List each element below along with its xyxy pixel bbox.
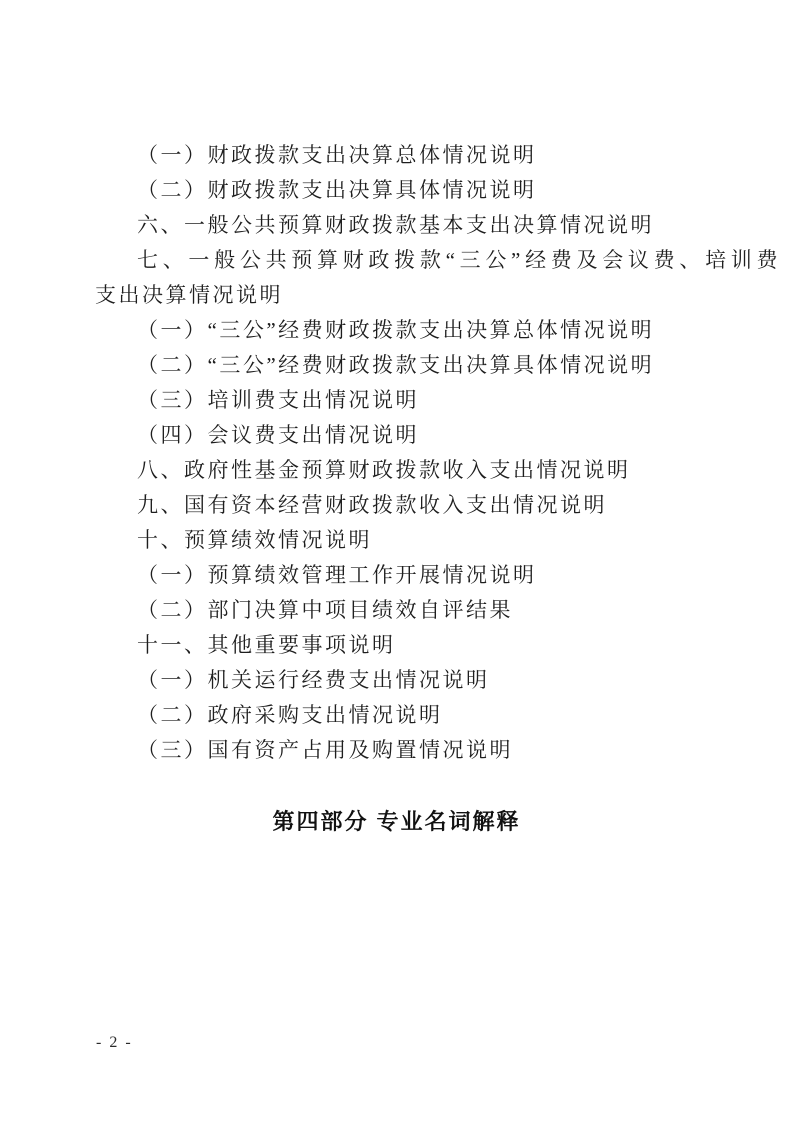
toc-entry: （一）机关运行经费支出情况说明: [95, 663, 780, 698]
toc-entry: （四）会议费支出情况说明: [95, 418, 780, 453]
toc-entry-continuation: 支出决算情况说明: [95, 278, 780, 313]
toc-entry: （三）国有资产占用及购置情况说明: [95, 733, 780, 768]
toc-entry: 十一、其他重要事项说明: [95, 628, 780, 663]
toc-entry: （三）培训费支出情况说明: [95, 383, 780, 418]
toc-entry: 九、国有资本经营财政拨款收入支出情况说明: [95, 488, 780, 523]
toc-entry: 八、政府性基金预算财政拨款收入支出情况说明: [95, 453, 780, 488]
page-number: - 2 -: [96, 1032, 133, 1054]
toc-entry: （二）“三公”经费财政拨款支出决算具体情况说明: [95, 348, 780, 383]
toc-entry: 七、一般公共预算财政拨款“三公”经费及会议费、培训费: [95, 243, 780, 278]
toc-entry: 六、一般公共预算财政拨款基本支出决算情况说明: [95, 208, 780, 243]
toc-entry: （一）财政拨款支出决算总体情况说明: [95, 138, 780, 173]
section-title: 第四部分 专业名词解释: [0, 804, 793, 839]
table-of-contents: （一）财政拨款支出决算总体情况说明 （二）财政拨款支出决算具体情况说明 六、一般…: [95, 138, 780, 768]
toc-entry: （二）政府采购支出情况说明: [95, 698, 780, 733]
toc-entry: （一）“三公”经费财政拨款支出决算总体情况说明: [95, 313, 780, 348]
toc-entry: （一）预算绩效管理工作开展情况说明: [95, 558, 780, 593]
toc-entry: 十、预算绩效情况说明: [95, 523, 780, 558]
toc-entry: （二）部门决算中项目绩效自评结果: [95, 593, 780, 628]
toc-entry: （二）财政拨款支出决算具体情况说明: [95, 173, 780, 208]
document-page: （一）财政拨款支出决算总体情况说明 （二）财政拨款支出决算具体情况说明 六、一般…: [0, 0, 793, 1122]
